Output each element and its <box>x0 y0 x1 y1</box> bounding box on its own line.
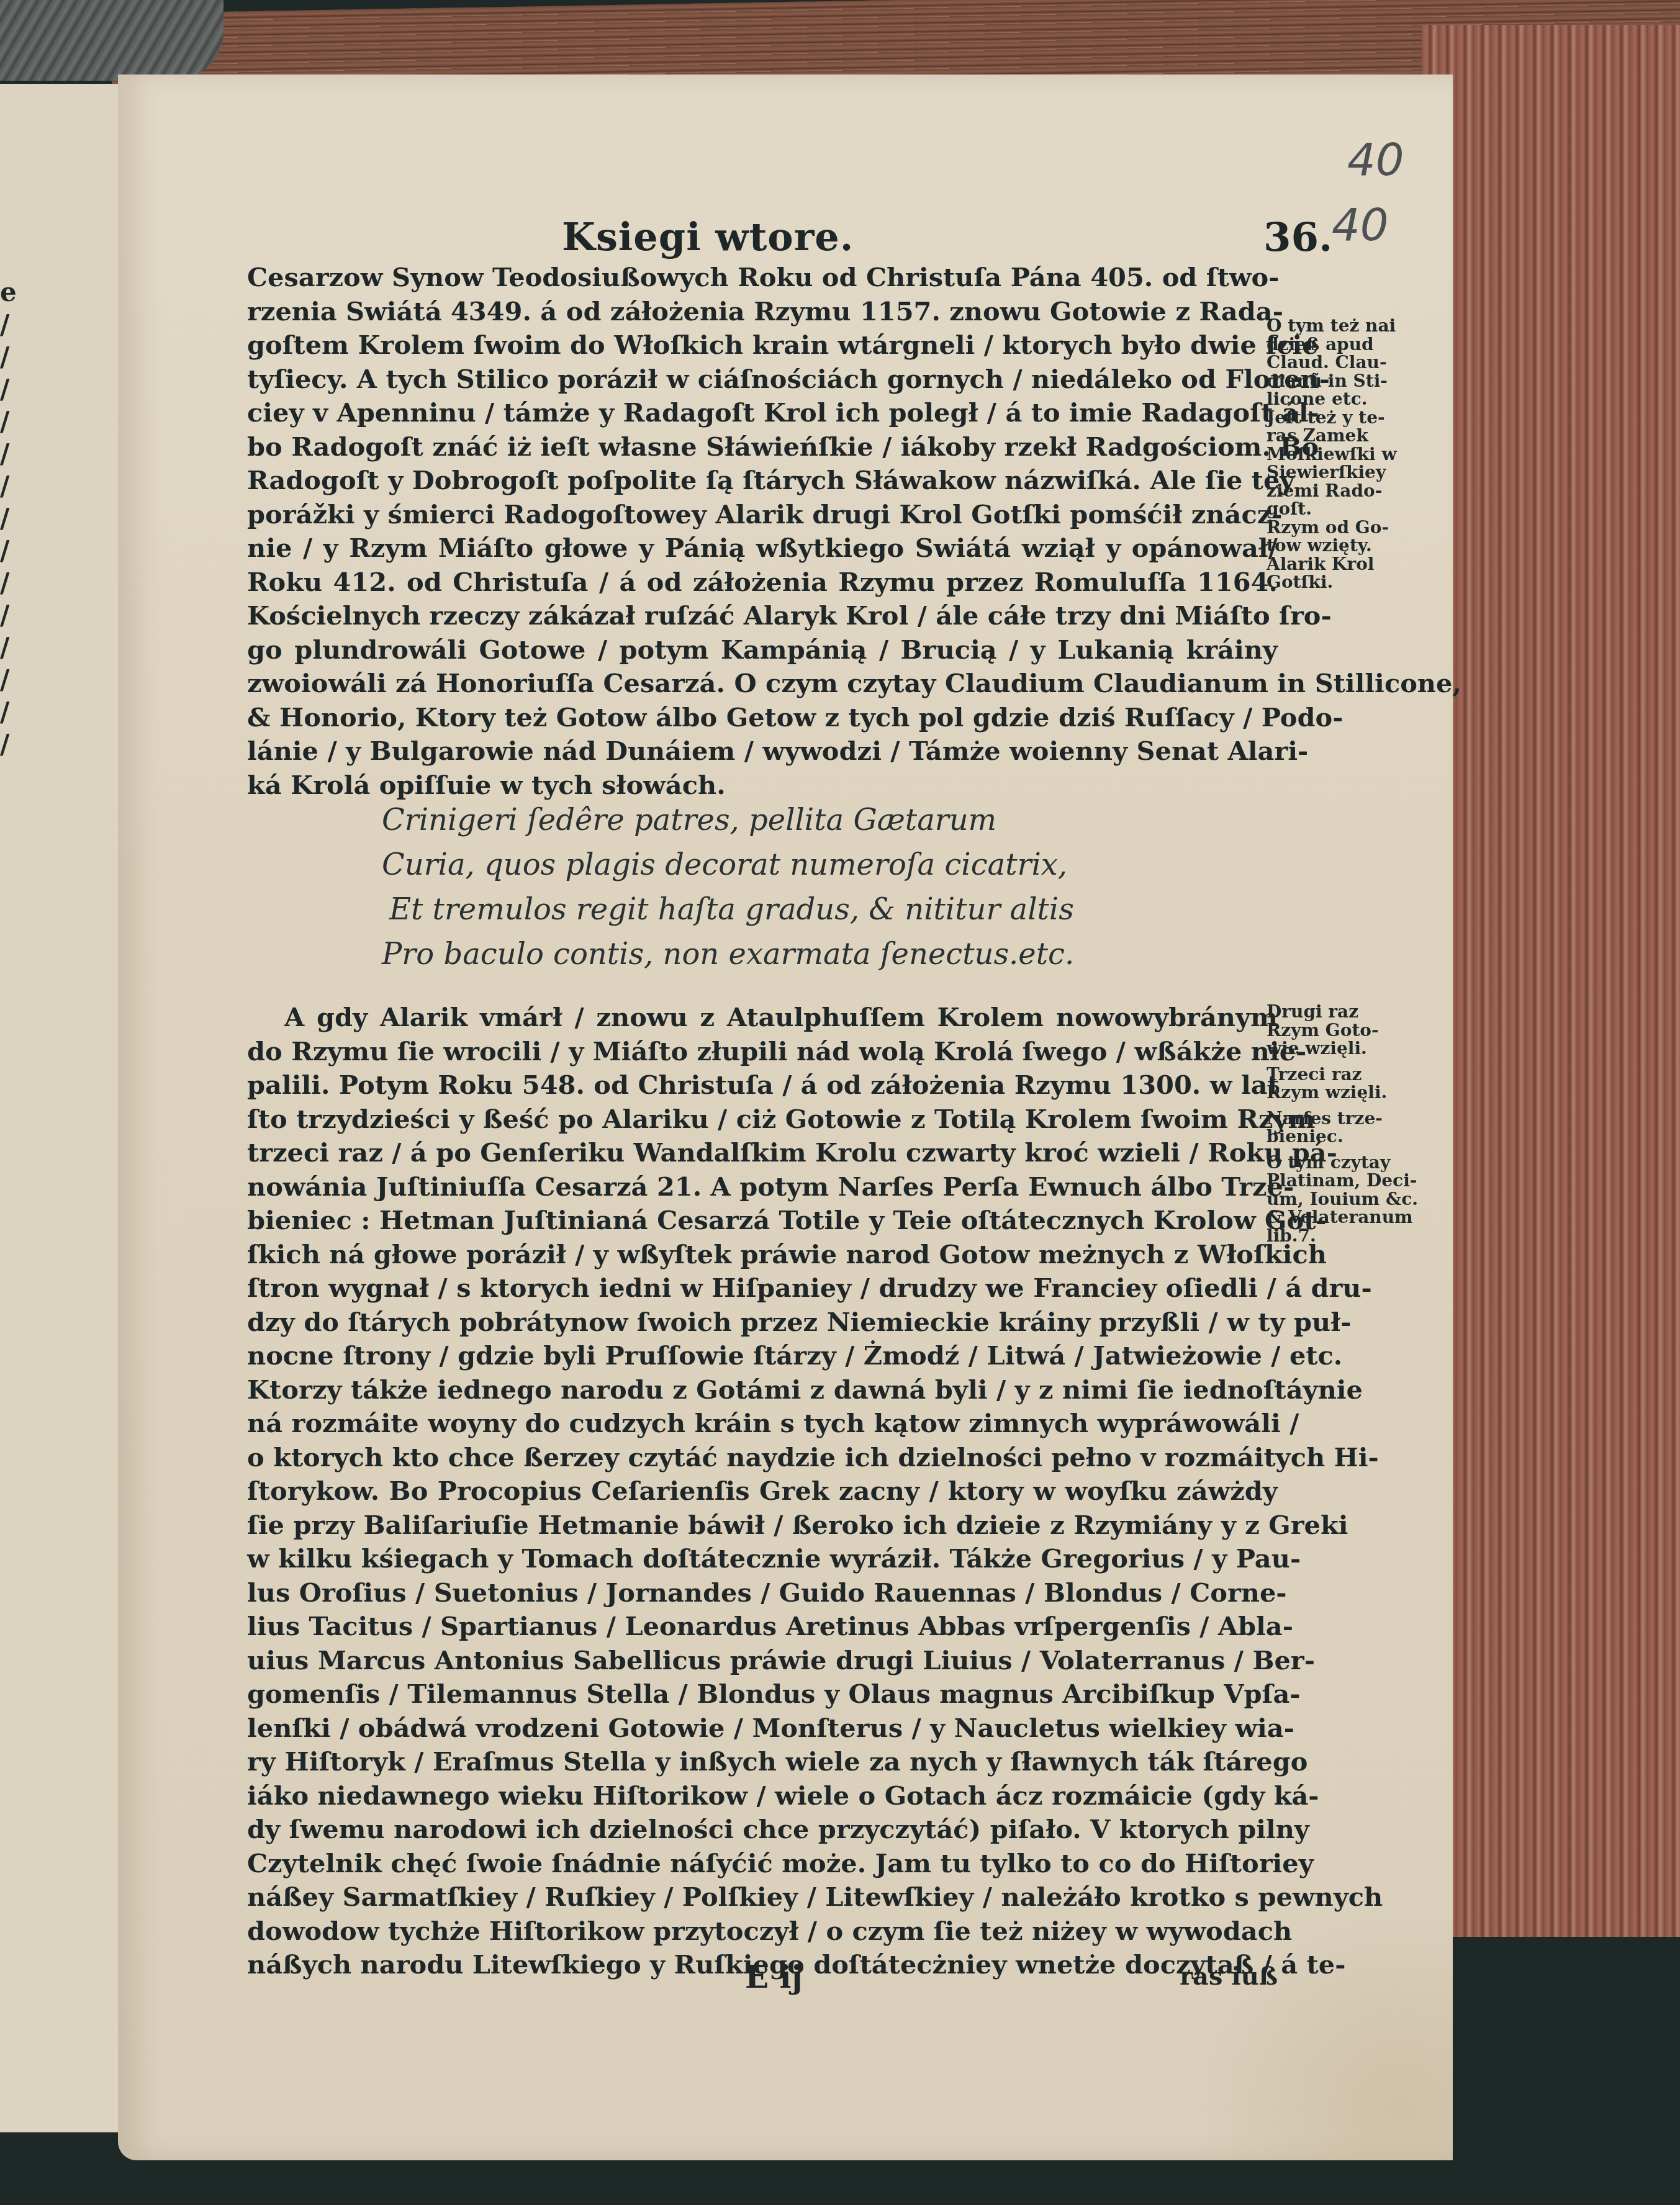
left-page-fragment: e / / / / / / / / / / / / / / <box>0 84 120 2132</box>
verse-line: Pro baculo contis, non exarmata ſenectus… <box>382 932 1074 976</box>
verse-line: Crinigeri ſedêre patres, pellita Gætarum <box>382 798 1074 842</box>
margin-note-line: & Volateranum <box>1267 1208 1422 1227</box>
margin-note-line: dzieß apud <box>1267 335 1422 354</box>
text-line: dy ſwemu narodowi ich dzielności chce pr… <box>247 1813 1278 1847</box>
text-line: goſtem Krolem ſwoim do Włoſkich krain wt… <box>247 328 1278 363</box>
margin-note-group-2: Drugi razRzym Goto-wie wzięli.Trzeci raz… <box>1267 1003 1422 1245</box>
margin-note-line: lib.7. <box>1267 1227 1422 1245</box>
text-line: o ktorych kto chce ßerzey czytáć naydzie… <box>247 1441 1278 1475</box>
text-line: lius Tacitus / Spartianus / Leonardus Ar… <box>247 1610 1278 1644</box>
text-line: dzy do ſtárych pobrátynow ſwoich przez N… <box>247 1305 1278 1340</box>
text-line: uius Marcus Antonius Sabellicus práwie d… <box>247 1644 1278 1678</box>
text-line: Czytelnik chęć ſwoie ſnádnie náſyćić moż… <box>247 1847 1278 1881</box>
text-line: ciey v Apenninu / támże y Radagoſt Krol … <box>247 396 1278 430</box>
catchword: ras iuß <box>1180 1962 1278 1991</box>
margin-note-line: Claud. Clau- <box>1267 353 1422 372</box>
page-fore-edge <box>1422 25 1680 1937</box>
text-line: náßey Sarmatſkiey / Ruſkiey / Polſkiey /… <box>247 1880 1278 1914</box>
text-line: gomenſis / Tilemannus Stella / Blondus y… <box>247 1677 1278 1711</box>
text-line: ſtorykow. Bo Procopius Ceſarienſis Grek … <box>247 1474 1278 1508</box>
margin-note-line: Narſes trze- <box>1267 1109 1422 1128</box>
handwritten-folio-number: 40 <box>1332 199 1389 251</box>
text-line: iáko niedawnego wieku Hiſtorikow / wiele… <box>247 1779 1278 1813</box>
text-line: bo Radogoſt znáć iż ieſt własne Słáwieńſ… <box>247 430 1278 464</box>
text-line: zwoiowáli zá Honoriuſſa Cesarzá. O czym … <box>247 667 1278 701</box>
text-line: bieniec : Hetman Juſtinianá Cesarzá Toti… <box>247 1204 1278 1238</box>
text-line: ká Krolá opiſſuie w tych słowách. <box>247 769 1278 803</box>
text-line: ſto trzydzieści y ßeść po Alariku / ciż … <box>247 1102 1278 1137</box>
text-line: nocne ſtrony / gdzie byli Pruſſowie ſtár… <box>247 1339 1278 1373</box>
printed-folio-number: 36. <box>1263 214 1332 261</box>
text-line: palili. Potym Roku 548. od Christuſa / á… <box>247 1068 1278 1102</box>
text-line: do Rzymu ſie wrocili / y Miáſto złupili … <box>247 1035 1278 1069</box>
margin-note-line: Moſkiewſki w <box>1267 445 1422 464</box>
handwritten-folio-number-top: 40 <box>1347 133 1404 186</box>
text-line: ry Hiſtoryk / Eraſmus Stella y inßych wi… <box>247 1745 1278 1779</box>
body-text-part-1: Cesarzow Synow Teodosiußowych Roku od Ch… <box>247 261 1278 802</box>
text-line: dowodow tychże Hiſtorikow przytoczył / o… <box>247 1914 1278 1949</box>
text-line: porážki y śmierci Radogoſtowey Alarik dr… <box>247 498 1278 532</box>
left-page-line-endings: e / / / / / / / / / / / / / / <box>0 276 12 760</box>
text-line: Radogoſt y Dobrogoſt poſpolite ſą ſtáryc… <box>247 464 1278 498</box>
text-line: Cesarzow Synow Teodosiußowych Roku od Ch… <box>247 261 1278 295</box>
text-line: lus Oroſius / Suetonius / Jornandes / Gu… <box>247 1576 1278 1610</box>
margin-note-line: dianũ in Sti- <box>1267 372 1422 390</box>
margin-note-line: wie wzięli. <box>1267 1039 1422 1058</box>
running-head: Ksiegi wtore. <box>562 214 854 259</box>
text-line: ſtron wygnał / s ktorych iedni w Hiſpani… <box>247 1271 1278 1305</box>
margin-note-line: Jeſt też y te- <box>1267 408 1422 427</box>
margin-note-line: Platinam, Deci- <box>1267 1171 1422 1190</box>
verse-line: Et tremulos regit haſta gradus, & nititu… <box>382 887 1074 932</box>
text-line: A gdy Alarik vmárł / znowu z Ataulphuſſe… <box>247 1001 1278 1035</box>
margin-note-line: ras Zamek <box>1267 426 1422 445</box>
text-line: & Honorio, Ktory też Gotow álbo Getow z … <box>247 701 1278 735</box>
margin-note-line: um, Iouium &c. <box>1267 1190 1422 1209</box>
latin-verse-quotation: Crinigeri ſedêre patres, pellita Gætarum… <box>382 798 1074 976</box>
text-line: go plundrowáli Gotowe / potym Kampánią /… <box>247 633 1278 667</box>
margin-note-line: O tym czytay <box>1267 1153 1422 1172</box>
margin-note-line: Gotſki. <box>1267 573 1422 592</box>
signature-mark: E ij <box>745 1959 803 1995</box>
margin-note-line: goſt. <box>1267 500 1422 518</box>
spine-binding <box>0 0 224 81</box>
text-line: Roku 412. od Christuſa / á od záłożenia … <box>247 566 1278 600</box>
text-line: nie / y Rzym Miáſto głowe y Pánią wßytki… <box>247 531 1278 566</box>
margin-note-line: Trzeci raz <box>1267 1065 1422 1084</box>
margin-note-line: licone etc. <box>1267 390 1422 408</box>
text-line: lánie / y Bulgarowie nád Dunáiem / wywod… <box>247 734 1278 769</box>
margin-note-line: Drugi raz <box>1267 1003 1422 1021</box>
text-line: w kilku kśiegach y Tomach doſtátecznie w… <box>247 1542 1278 1576</box>
margin-note-line: Alarik Krol <box>1267 555 1422 574</box>
margin-note-line: bieniec. <box>1267 1127 1422 1146</box>
text-line: tyſiecy. A tych Stilico poráził w ciáſno… <box>247 363 1278 397</box>
text-line: Ktorzy tákże iednego narodu z Gotámi z d… <box>247 1373 1278 1407</box>
text-line: Kościelnych rzeczy zákázał ruſzáć Alaryk… <box>247 599 1278 633</box>
margin-note-line: Rzym od Go- <box>1267 518 1422 537</box>
text-line: rzenia Swiátá 4349. á od záłożenia Rzymu… <box>247 295 1278 329</box>
margin-note-line: O tym też nai <box>1267 317 1422 335</box>
margin-note-line: tow wzięty. <box>1267 536 1422 555</box>
text-line: trzeci raz / á po Genſeriku Wandalſkim K… <box>247 1136 1278 1170</box>
verse-line: Curia, quos plagis decorat numeroſa cica… <box>382 842 1074 887</box>
text-line: nowánia Juſtiniuſſa Cesarzá 21. A potym … <box>247 1170 1278 1204</box>
margin-note-line: Rzym Goto- <box>1267 1021 1422 1040</box>
text-line: lenſki / obádwá vrodzeni Gotowie / Monſt… <box>247 1711 1278 1746</box>
margin-note-group-1: O tym też naidzieß apudClaud. Clau-dianũ… <box>1267 317 1422 592</box>
margin-note-line: ziemi Rado- <box>1267 482 1422 500</box>
margin-note-line: Rzym wzięli. <box>1267 1083 1422 1102</box>
text-line: ná rozmáite woyny do cudzych kráin s tyc… <box>247 1407 1278 1441</box>
margin-note-line: Siewierſkiey <box>1267 463 1422 482</box>
body-text-part-2: A gdy Alarik vmárł / znowu z Ataulphuſſe… <box>247 1001 1278 1982</box>
text-line: ſkich ná głowe poráził / y wßyſtek práwi… <box>247 1238 1278 1272</box>
text-line: ſie przy Baliſariuſie Hetmanie báwił / ß… <box>247 1508 1278 1543</box>
